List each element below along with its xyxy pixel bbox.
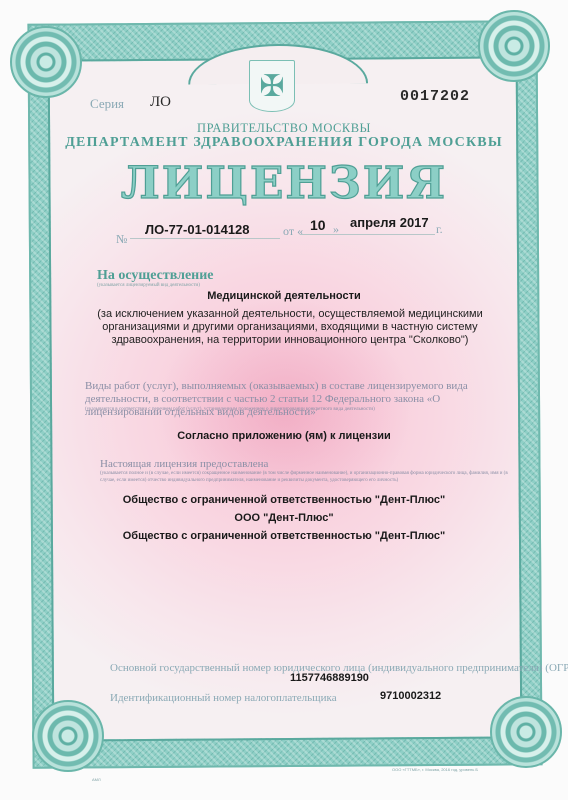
rosette-ornament-icon (490, 696, 562, 768)
printer-note: ООО «ГТТМБ», г. Москва, 2016 год, уровен… (392, 767, 478, 772)
serial-number: 0017202 (400, 88, 470, 105)
date-from-label: от « (283, 224, 303, 239)
holder-sublabel: (указывается полное и (в случае, если им… (100, 470, 510, 484)
issuer-government: ПРАВИТЕЛЬСТВО МОСКВЫ (0, 121, 568, 136)
underline (300, 234, 435, 235)
activity-sublabel: (указывается лицензируемый вид деятельно… (97, 283, 200, 288)
date-day: 10 (310, 217, 326, 233)
works-label: Виды работ (услуг), выполняемых (оказыва… (85, 380, 495, 419)
underline (130, 238, 280, 239)
works-sublabel: (указываются в соответствии с перечнем р… (85, 407, 375, 412)
activity-label: На осуществление (97, 268, 214, 284)
form-code: АМЛ (92, 777, 101, 782)
works-value: Согласно приложению (ям) к лицензии (0, 430, 568, 442)
document-title: ЛИЦЕНЗИЯ (0, 158, 568, 209)
license-number: ЛО-77-01-014128 (145, 222, 250, 237)
number-label: № (116, 232, 127, 247)
series-label: Серия (90, 96, 124, 112)
license-document: ✠ Серия ЛО 0017202 ПРАВИТЕЛЬСТВО МОСКВЫ … (0, 0, 568, 800)
inn-label: Идентификационный номер налогоплательщик… (110, 692, 337, 704)
holder-label: Настоящая лицензия предоставлена (100, 459, 510, 470)
russian-coat-of-arms-icon: ✠ (249, 60, 295, 112)
activity-note: (за исключением указанной деятельности, … (70, 308, 510, 347)
series-value: ЛО (150, 94, 171, 111)
holder-full-name: Общество с ограниченной ответственностью… (0, 494, 568, 506)
holder-full-name-repeat: Общество с ограниченной ответственностью… (0, 530, 568, 542)
date-year-suffix: г. (436, 222, 443, 237)
activity-value: Медицинской деятельности (0, 290, 568, 302)
holder-short-name: ООО "Дент-Плюс" (0, 512, 568, 524)
ogrn-value: 1157746889190 (290, 672, 369, 684)
rosette-ornament-icon (10, 26, 82, 98)
inn-value: 9710002312 (380, 690, 441, 702)
rosette-ornament-icon (478, 10, 550, 82)
date-month-year: апреля 2017 (350, 215, 429, 230)
rosette-ornament-icon (32, 700, 104, 772)
issuer-department: ДЕПАРТАМЕНТ ЗДРАВООХРАНЕНИЯ ГОРОДА МОСКВ… (0, 135, 568, 151)
